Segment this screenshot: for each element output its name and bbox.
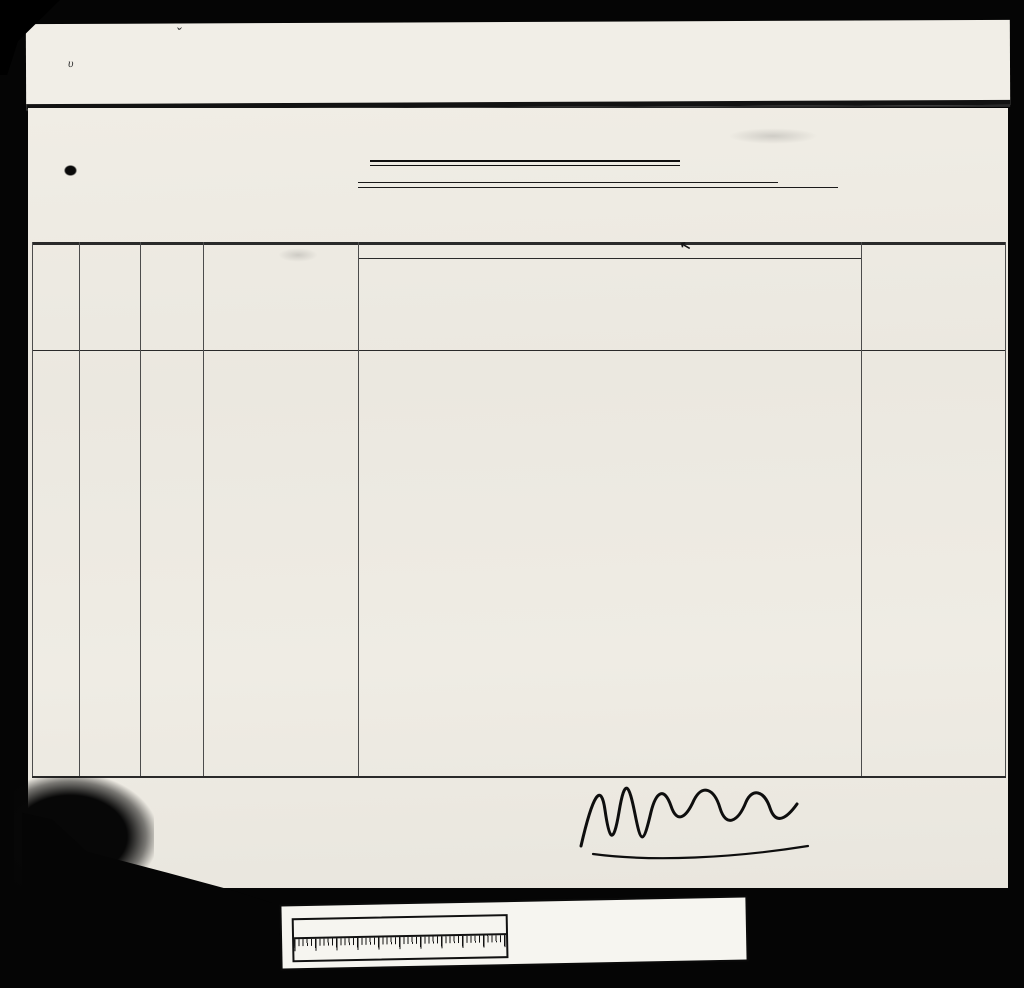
table-body: [28, 108, 1008, 888]
reference-row: [510, 912, 742, 924]
stain: [728, 128, 818, 144]
ink-mark: υ: [68, 56, 74, 71]
scale-ruler: [292, 914, 509, 962]
ink-mark: ˇ: [176, 25, 181, 43]
previous-page-edge: ˇ υ: [26, 20, 1010, 109]
signature: [563, 776, 863, 866]
document-page: ↖: [28, 108, 1008, 888]
stain: [278, 248, 318, 262]
ruler-centimetres: [294, 935, 506, 956]
reference-strip: [281, 898, 746, 969]
copyright-line: [432, 903, 732, 909]
